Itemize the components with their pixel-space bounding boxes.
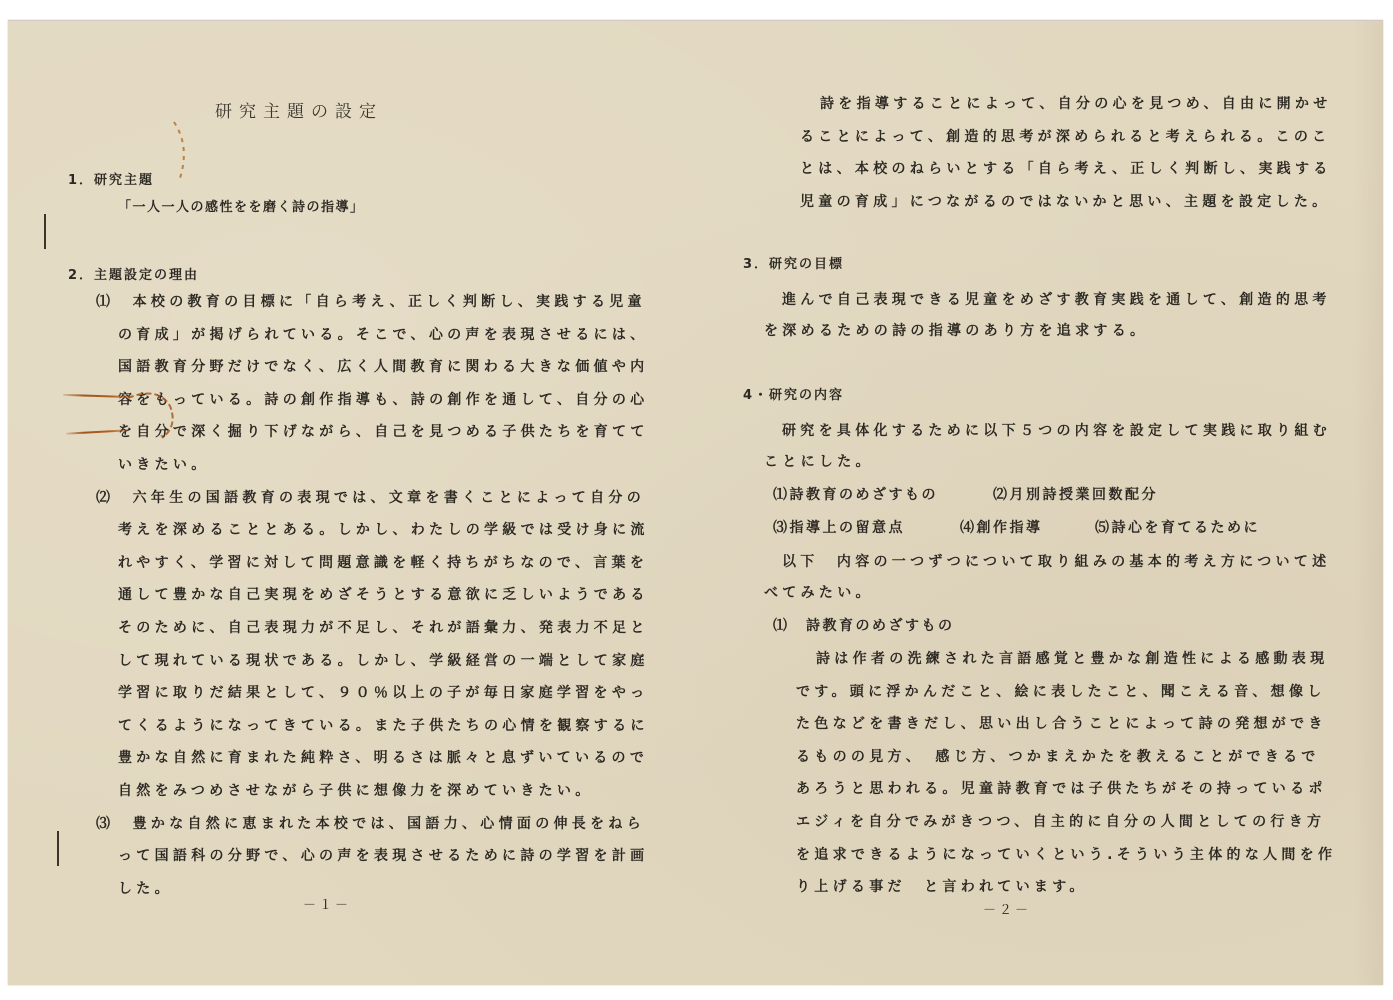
text-line: るものの見方、 感じ方、つかまえかたを教えることができるで xyxy=(796,746,1320,766)
section-4-heading: 4・研究の内容 xyxy=(743,384,844,403)
pen-margin-mark xyxy=(44,214,46,249)
text-line: した。 xyxy=(118,878,173,898)
content-item-5: ⑸詩心を育てるために xyxy=(1095,517,1260,537)
section-3-heading: 3．研究の目標 xyxy=(743,253,844,272)
page-number: －２－ xyxy=(983,899,1031,918)
rust-curve-mark xyxy=(168,116,198,186)
text-line: の育成」が掲げられている。そこで、心の声を表現させるには、 xyxy=(118,324,648,344)
text-line: って国語科の分野で、心の声を表現させるために詩の学習を計画 xyxy=(118,845,648,865)
text-line: です。頭に浮かんだこと、絵に表したこと、聞こえる音、想像し xyxy=(796,681,1326,701)
section-1-heading: 1．研究主題 xyxy=(68,169,154,188)
text-line: 研究を具体化するために以下５つの内容を設定して実践に取り組む xyxy=(782,420,1331,440)
text-line: ることによって、創造的思考が深められると考えられる。このこ xyxy=(800,126,1330,146)
text-line: を自分で深く掘り下げながら、自己を見つめる子供たちを育てて xyxy=(118,421,649,441)
content-item-2: ⑵月別詩授業回数配分 xyxy=(993,484,1158,504)
text-line: ⑴ 本校の教育の目標に「自ら考え、正しく判断し、実践する児童 xyxy=(96,291,646,311)
text-line: そのために、自己表現力が不足し、それが語彙力、発表力不足と xyxy=(118,617,649,637)
text-line: いきたい。 xyxy=(118,454,210,474)
text-line: 自然をみつめさせながら子供に想像力を深めていきたい。 xyxy=(118,780,594,800)
text-line: とは、本校のねらいとする「自ら考え、正しく判断し、実践する xyxy=(800,158,1332,178)
pen-margin-mark xyxy=(57,831,59,866)
text-line: 考えを深めることとある。しかし、わたしの学級では受け身に流 xyxy=(118,519,649,539)
text-line: ⑵ 六年生の国語教育の表現では、文章を書くことによって自分の xyxy=(96,487,645,507)
right-page: 詩を指導することによって、自分の心を見つめ、自由に開かせることによって、創造的思… xyxy=(698,21,1383,985)
text-line: 進んで自己表現できる児童をめざす教育実践を通して、創造的思考 xyxy=(782,289,1331,309)
text-line: 児童の育成」につながるのではないかと思い、主題を設定した。 xyxy=(800,191,1330,211)
text-line: 詩は作者の洗練された言語感覚と豊かな創造性による感動表現 xyxy=(816,648,1328,668)
text-line: 以下 内容の一つずつについて取り組みの基本的考え方について述 xyxy=(782,551,1330,571)
text-line: 学習に取りだ結果として、９０％以上の子が毎日家庭学習をやっ xyxy=(118,682,648,702)
left-page: 研究主題の設定 1．研究主題 「一人一人の感性をを磨く詩の指導」 2．主題設定の… xyxy=(8,21,688,985)
text-line: 通して豊かな自己実現をめざそうとする意欲に乏しいようである xyxy=(118,584,649,604)
content-item-4: ⑷創作指導 xyxy=(960,517,1043,537)
research-theme: 「一人一人の感性をを磨く詩の指導」 xyxy=(118,196,365,215)
text-line: れやすく、学習に対して問題意識を軽く持ちがちなので、言葉を xyxy=(118,552,648,572)
page-title: 研究主題の設定 xyxy=(215,97,383,122)
rust-curve-mark xyxy=(118,386,188,446)
content-item-3: ⑶指導上の留意点 xyxy=(773,517,905,537)
text-line: エジィを自分でみがきつつ、自主的に自分の人間としての行き方 xyxy=(796,811,1325,831)
text-line: 容をもっている。詩の創作指導も、詩の創作を通して、自分の心 xyxy=(118,389,648,409)
text-line: して現れている現状である。しかし、学級経営の一端として家庭 xyxy=(118,650,649,670)
document-sheet: 研究主題の設定 1．研究主題 「一人一人の感性をを磨く詩の指導」 2．主題設定の… xyxy=(8,20,1383,985)
text-line: てくるようになってきている。また子供たちの心情を観察するに xyxy=(118,715,649,735)
text-line: 豊かな自然に育まれた純粋さ、明るさは脈々と息ずいているので xyxy=(118,747,648,767)
text-line: 詩を指導することによって、自分の心を見つめ、自由に開かせ xyxy=(820,93,1332,113)
text-line: り上げる事だ と言われています。 xyxy=(796,876,1088,896)
section-2-heading: 2．主題設定の理由 xyxy=(68,264,199,283)
text-line: ことにした。 xyxy=(764,451,874,471)
text-line: を追求できるようになっていくという.そういう主体的な人間を作 xyxy=(796,844,1336,864)
page-number: －１－ xyxy=(303,894,351,913)
text-line: た色などを書きだし、思い出し合うことによって詩の発想ができ xyxy=(796,713,1327,733)
text-line: ⑶ 豊かな自然に恵まれた本校では、国語力、心情面の伸長をねら xyxy=(96,813,645,833)
text-line: 国語教育分野だけでなく、広く人間教育に関わる大きな価値や内 xyxy=(118,356,648,376)
subsection-1-heading: ⑴ 詩教育のめざすもの xyxy=(773,615,955,635)
text-line: を深めるための詩の指導のあり方を追求する。 xyxy=(764,320,1148,340)
text-line: べてみたい。 xyxy=(764,582,874,602)
text-line: あろうと思われる。児童詩教育では子供たちがその持っているポ xyxy=(796,778,1327,798)
content-item-1: ⑴詩教育のめざすもの xyxy=(773,484,938,504)
